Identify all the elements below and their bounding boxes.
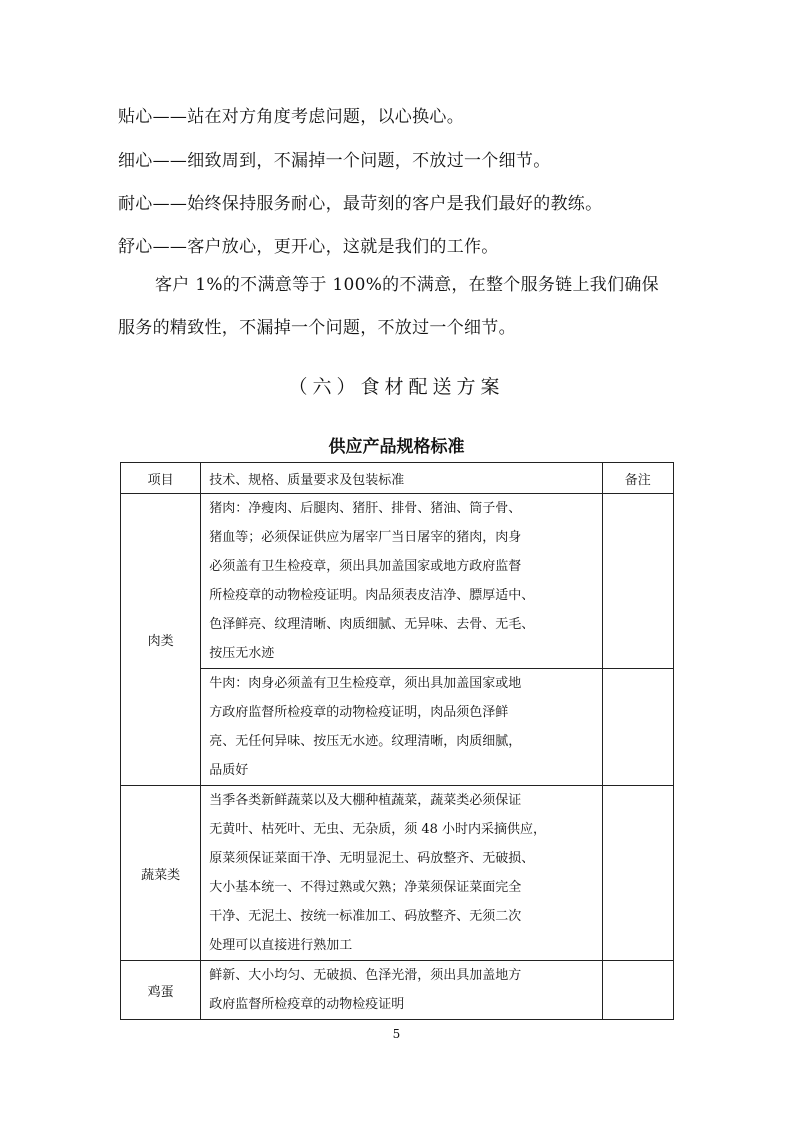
spec-line: 大小基本统一、不得过熟或欠熟；净菜须保证菜面完全 bbox=[209, 873, 601, 902]
spec-line: 方政府监督所检疫章的动物检疫证明，肉品须色泽鲜 bbox=[209, 698, 601, 727]
spec-beef: 牛肉：肉身必须盖有卫生检疫章，须出具加盖国家或地 方政府监督所检疫章的动物检疫证… bbox=[201, 669, 602, 786]
table-row-eggs: 鸡蛋 鲜新、大小均匀、无破损、色泽光滑，须出具加盖地方 政府监督所检疫章的动物检… bbox=[121, 961, 674, 1020]
paragraph-shuxin: 舒心——客户放心，更开心，这就是我们的工作。 bbox=[118, 237, 499, 257]
table-title: 供应产品规格标准 bbox=[0, 432, 793, 457]
spec-table: 项目 技术、规格、质量要求及包装标准 备注 肉类 猪肉：净瘦肉、后腿肉、猪肝、排… bbox=[120, 462, 674, 1020]
spec-line: 亮、无任何异味、按压无水迹。纹理清晰，肉质细腻， bbox=[209, 727, 601, 756]
header-item: 项目 bbox=[121, 463, 201, 494]
section-title: （六）食材配送方案 bbox=[0, 372, 793, 399]
spec-line: 必须盖有卫生检疫章，须出具加盖国家或地方政府监督 bbox=[209, 552, 601, 581]
spec-line: 原菜须保证菜面干净、无明显泥土、码放整齐、无破损、 bbox=[209, 844, 601, 873]
note-vegetables bbox=[602, 786, 673, 961]
table-header-row: 项目 技术、规格、质量要求及包装标准 备注 bbox=[121, 463, 674, 494]
spec-line: 无黄叶、枯死叶、无虫、无杂质，须 48 小时内采摘供应， bbox=[209, 815, 601, 844]
spec-line: 干净、无泥土、按统一标准加工、码放整齐、无须二次 bbox=[209, 902, 601, 931]
table-row-pork: 肉类 猪肉：净瘦肉、后腿肉、猪肝、排骨、猪油、筒子骨、 猪血等；必须保证供应为屠… bbox=[121, 494, 674, 669]
spec-line: 处理可以直接进行熟加工 bbox=[209, 931, 601, 960]
spec-pork: 猪肉：净瘦肉、后腿肉、猪肝、排骨、猪油、筒子骨、 猪血等；必须保证供应为屠宰厂当… bbox=[201, 494, 602, 669]
spec-line: 鲜新、大小均匀、无破损、色泽光滑，须出具加盖地方 bbox=[209, 961, 601, 990]
note-pork bbox=[602, 494, 673, 669]
spec-line: 所检疫章的动物检疫证明。肉品须表皮洁净、膘厚适中、 bbox=[209, 581, 601, 610]
note-eggs bbox=[602, 961, 673, 1020]
paragraph-tiexin: 贴心——站在对方角度考虑问题，以心换心。 bbox=[118, 107, 464, 127]
spec-line: 猪血等；必须保证供应为屠宰厂当日屠宰的猪肉，肉身 bbox=[209, 523, 601, 552]
category-vegetables: 蔬菜类 bbox=[121, 786, 201, 961]
spec-line: 当季各类新鲜蔬菜以及大棚种植蔬菜，蔬菜类必须保证 bbox=[209, 786, 601, 815]
table-row-vegetables: 蔬菜类 当季各类新鲜蔬菜以及大棚种植蔬菜，蔬菜类必须保证 无黄叶、枯死叶、无虫、… bbox=[121, 786, 674, 961]
spec-line: 政府监督所检疫章的动物检疫证明 bbox=[209, 990, 601, 1019]
paragraph-satisfaction-2: 服务的精致性，不漏掉一个问题，不放过一个细节。 bbox=[118, 318, 516, 338]
category-eggs: 鸡蛋 bbox=[121, 961, 201, 1020]
note-beef bbox=[602, 669, 673, 786]
table-row-beef: 牛肉：肉身必须盖有卫生检疫章，须出具加盖国家或地 方政府监督所检疫章的动物检疫证… bbox=[121, 669, 674, 786]
spec-line: 品质好 bbox=[209, 756, 601, 785]
paragraph-xixin: 细心——细致周到，不漏掉一个问题，不放过一个细节。 bbox=[118, 151, 551, 171]
spec-eggs: 鲜新、大小均匀、无破损、色泽光滑，须出具加盖地方 政府监督所检疫章的动物检疫证明 bbox=[201, 961, 602, 1020]
spec-line: 牛肉：肉身必须盖有卫生检疫章，须出具加盖国家或地 bbox=[209, 669, 601, 698]
paragraph-satisfaction-1: 客户 1%的不满意等于 100%的不满意，在整个服务链上我们确保 bbox=[155, 275, 659, 295]
spec-vegetables: 当季各类新鲜蔬菜以及大棚种植蔬菜，蔬菜类必须保证 无黄叶、枯死叶、无虫、无杂质，… bbox=[201, 786, 602, 961]
spec-line: 按压无水迹 bbox=[209, 639, 601, 668]
spec-line: 猪肉：净瘦肉、后腿肉、猪肝、排骨、猪油、筒子骨、 bbox=[209, 494, 601, 523]
header-spec: 技术、规格、质量要求及包装标准 bbox=[201, 463, 602, 494]
page-number: 5 bbox=[0, 1027, 793, 1041]
category-meat: 肉类 bbox=[121, 494, 201, 786]
paragraph-naixin: 耐心——始终保持服务耐心，最苛刻的客户是我们最好的教练。 bbox=[118, 194, 602, 214]
header-note: 备注 bbox=[602, 463, 673, 494]
spec-line: 色泽鲜亮、纹理清晰、肉质细腻、无异味、去骨、无毛、 bbox=[209, 610, 601, 639]
